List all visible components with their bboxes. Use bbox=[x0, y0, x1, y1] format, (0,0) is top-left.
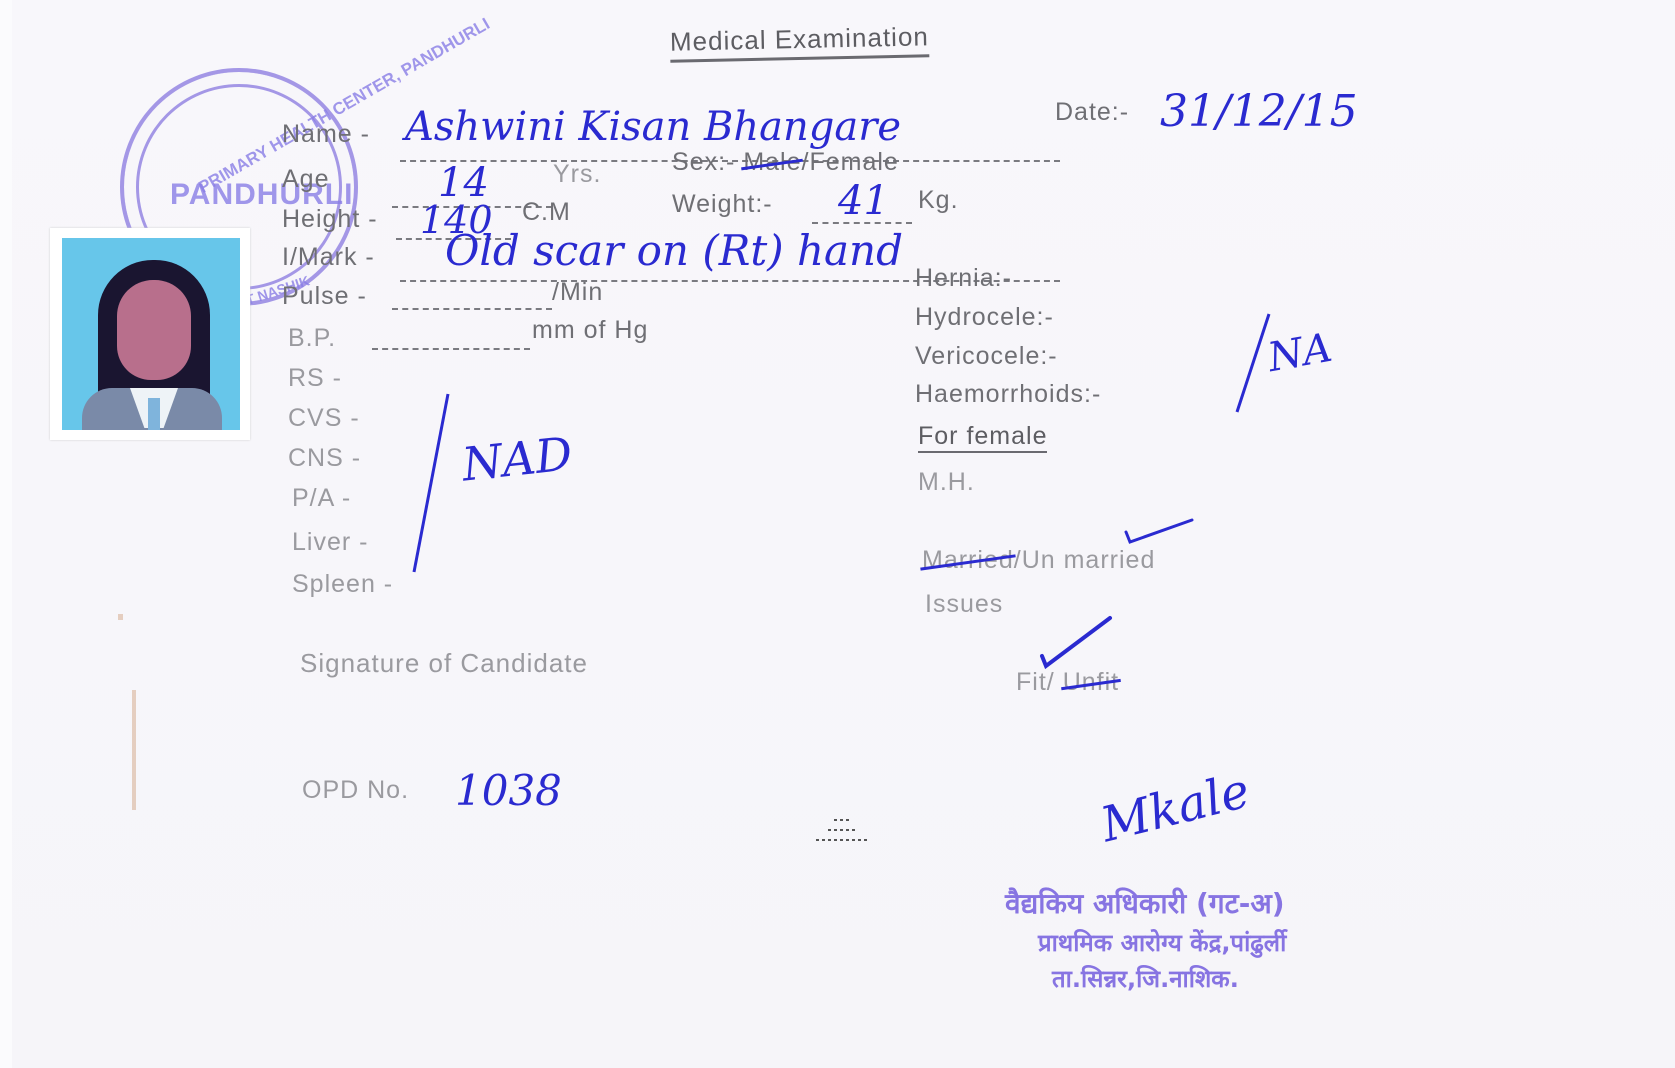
name-value: Ashwini Kisan Bhangare bbox=[405, 104, 901, 150]
idmark-value: Old scar on (Rt) hand bbox=[445, 226, 903, 275]
bp-label: B.P. bbox=[288, 324, 336, 353]
issues-label: Issues bbox=[925, 590, 1003, 619]
marital-separator: / bbox=[1014, 546, 1022, 574]
pulse-label: Pulse - bbox=[282, 282, 367, 311]
scan-artifact bbox=[118, 614, 123, 620]
pulse-line bbox=[392, 308, 552, 310]
male-annotation: NA bbox=[1264, 325, 1335, 381]
medical-examination-form: Medical Examination PANDHURLI PRIMARY HE… bbox=[0, 0, 1675, 1068]
name-label: Name - bbox=[282, 120, 370, 149]
age-label: Age bbox=[282, 165, 329, 194]
opd-label: OPD No. bbox=[302, 776, 409, 805]
marital-status: Married/Un married bbox=[922, 546, 1155, 575]
unmarried-check-icon bbox=[1120, 508, 1200, 548]
fit-check-icon bbox=[1030, 612, 1120, 672]
systems-annotation: NAD bbox=[459, 426, 574, 491]
system-cvs: CVS - bbox=[288, 404, 360, 433]
hernia-label: Hernia:- bbox=[915, 264, 1012, 293]
fitness-separator: / bbox=[1047, 668, 1055, 696]
system-liver: Liver - bbox=[292, 528, 368, 557]
opd-value: 1038 bbox=[455, 766, 562, 815]
scan-artifact bbox=[132, 690, 136, 810]
candidate-photo bbox=[50, 228, 250, 440]
sex-label: Sex:- Male/Female bbox=[672, 148, 899, 177]
age-unit: Yrs. bbox=[553, 160, 601, 189]
idmark-label: I/Mark - bbox=[282, 243, 375, 272]
marital-unmarried: Un married bbox=[1022, 546, 1156, 574]
fitness-status: Fit/ Unfit bbox=[1016, 668, 1119, 697]
candidate-signature-label: Signature of Candidate bbox=[300, 648, 588, 679]
form-title: Medical Examination bbox=[670, 21, 930, 62]
officer-signature: Mkale bbox=[1095, 763, 1255, 854]
bp-unit: mm of Hg bbox=[532, 316, 648, 345]
faint-emblem-icon bbox=[808, 812, 878, 848]
date-label: Date:- bbox=[1055, 98, 1129, 127]
date-value: 31/12/15 bbox=[1160, 86, 1358, 137]
mh-label: M.H. bbox=[918, 468, 975, 497]
hydrocele-label: Hydrocele:- bbox=[915, 303, 1054, 332]
unfit-option: Unfit bbox=[1063, 668, 1119, 696]
weight-value: 41 bbox=[838, 178, 889, 224]
pulse-unit: /Min bbox=[552, 278, 603, 307]
officer-stamp-line3: ता.सिन्नर,जि.नाशिक. bbox=[1052, 962, 1239, 995]
system-rs: RS - bbox=[288, 364, 342, 393]
sex-option-male: Male bbox=[743, 148, 801, 176]
sex-label-text: Sex:- bbox=[672, 148, 735, 176]
systems-bracket-stroke bbox=[400, 390, 600, 590]
vericocele-label: Vericocele:- bbox=[915, 342, 1058, 371]
system-spleen: Spleen - bbox=[292, 570, 393, 599]
haemorrhoids-label: Haemorrhoids:- bbox=[915, 380, 1101, 409]
height-label: Height - bbox=[282, 205, 378, 234]
system-pa: P/A - bbox=[292, 484, 351, 513]
female-heading: For female bbox=[918, 422, 1047, 453]
system-cns: CNS - bbox=[288, 444, 361, 473]
weight-label: Weight:- bbox=[672, 190, 773, 219]
height-unit: C.M bbox=[522, 198, 571, 227]
weight-unit: Kg. bbox=[918, 186, 959, 215]
scan-edge bbox=[0, 0, 12, 1068]
officer-stamp-line1: वैद्यकिय अधिकारी (गट-अ) bbox=[1005, 884, 1285, 922]
sex-option-female: Female bbox=[809, 148, 898, 176]
bp-line bbox=[372, 348, 530, 350]
fit-option: Fit bbox=[1016, 668, 1047, 696]
marital-married: Married bbox=[922, 546, 1014, 574]
officer-stamp-line2: प्राथमिक आरोग्य केंद्र,पांढुर्ली bbox=[1038, 926, 1286, 959]
